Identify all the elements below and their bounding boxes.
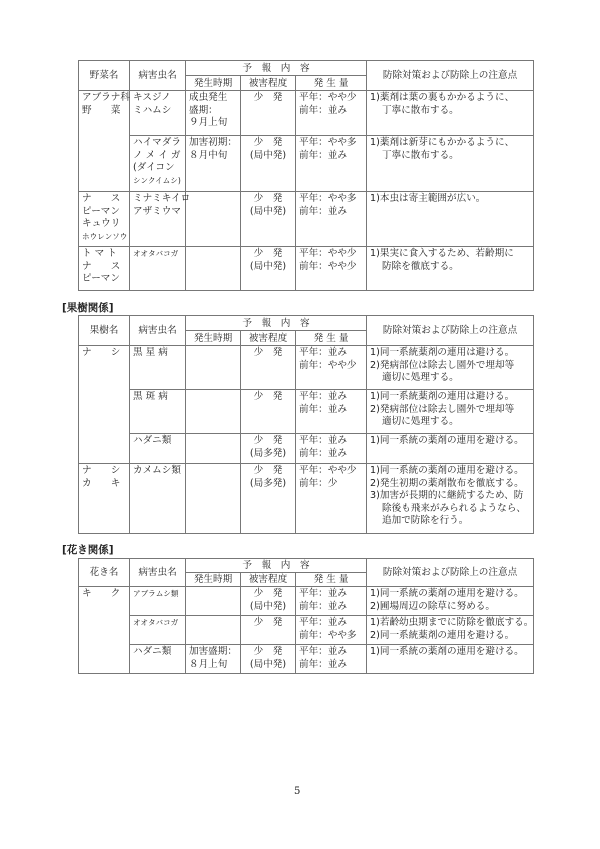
timing-cell [186,390,241,434]
cell-text-line: (局多発) [244,448,292,461]
cell-text-line: 平年：並み [299,435,363,448]
cell-text-line: 平年：並み [299,391,363,404]
cell-text-line: ８月中旬 [189,150,237,163]
cell-text-line: 追加で防除を行う。 [370,515,530,528]
cell-text-line: 少 発 [244,617,292,630]
cell-text-line: 2)発病部位は除去し園外で埋却等 [370,360,530,373]
cell-text-line: 野 菜 [82,105,126,118]
header-measures: 防除対策および防除上の注意点 [367,316,534,346]
amount-cell: 平年：並み前年：並み [296,645,367,674]
cell-text-line: 前年：並み [299,105,363,118]
header-timing: 発生時期 [186,573,241,587]
damage-cell: 少 発(局中発) [241,645,296,674]
cell-text-line: 少 発 [244,347,292,360]
crop-cell: ナ シカ キ [79,464,130,534]
cell-text-line: アブラムシ類 [133,588,182,601]
header-forecast: 予 報 内 容 [186,316,367,331]
cell-text-line: 平年：やや少 [299,248,363,261]
cell-text-line: 1)同一系統の薬剤の連用を避ける。 [370,465,530,478]
header-amount: 発 生 量 [296,573,367,587]
cell-text-line: ８月上旬 [189,659,237,672]
header-pest: 病害虫名 [130,316,186,346]
pest-cell: カメムシ類 [130,464,186,534]
cell-text-line: 平年：やや多 [299,193,363,206]
damage-cell: 少 発 [241,91,296,136]
table-row: 黒 斑 病 少 発 平年：並み前年：並み 1)同一系統薬剤の連用は避ける。2)発… [79,390,534,434]
cell-text-line: ハダニ類 [133,646,182,659]
cell-text-line: 平年：並み [299,646,363,659]
cell-text-line: 少 発 [244,588,292,601]
cell-text-line: ピーマン [82,206,126,219]
damage-cell: 少 発(局中発) [241,587,296,616]
cell-text-line: ナ シ [82,465,126,478]
pest-cell: 黒 斑 病 [130,390,186,434]
cell-text-line: ナ シ [82,347,126,360]
section-label-fruit: [果樹関係] [62,300,114,315]
damage-cell: 少 発(局多発) [241,464,296,534]
header-amount: 発 生 量 [296,331,367,346]
pest-cell: オオタバコガ [130,616,186,645]
crop-cell: キ ク [79,587,130,674]
table-row: ナ スピーマンキュウリホウレンソウ ミナミキイロアザミウマ 少 発(局中発) 平… [79,192,534,247]
vegetable-forecast-table: 野菜名 病害虫名 予 報 内 容 防除対策および防除上の注意点 発生時期 被害程… [78,60,534,291]
timing-cell [186,464,241,534]
cell-text-line: 前年：やや少 [299,360,363,373]
cell-text-line: (局多発) [244,478,292,491]
amount-cell: 平年：並み前年：並み [296,434,367,464]
pest-cell: キスジノミハムシ [130,91,186,136]
table-row: ト マ トナ スピーマン オオタバコガ 少 発(局中発) 平年：やや少前年：やや… [79,247,534,291]
timing-cell [186,346,241,390]
cell-text-line: ナ ス [82,193,126,206]
header-forecast: 予 報 内 容 [186,559,367,573]
cell-text-line: (局中発) [244,206,292,219]
cell-text-line: 3)加害が長期的に継続するため、防 [370,490,530,503]
cell-text-line: 前年：並み [299,448,363,461]
cell-text-line: 加害盛期： [189,646,237,659]
amount-cell: 平年：やや少前年：並み [296,91,367,136]
header-forecast: 予 報 内 容 [186,61,367,76]
header-timing: 発生時期 [186,76,241,91]
measures-cell: 1)同一系統の薬剤の連用を避ける。2)発生初期の薬剤散布を徹底する。3)加害が長… [367,464,534,534]
cell-text-line: 1)同一系統の薬剤の連用を避ける。 [370,435,530,448]
header-damage: 被害程度 [241,573,296,587]
cell-text-line: (ダイコン [133,162,182,175]
cell-text-line: 少 発 [244,435,292,448]
cell-text-line: 少 発 [244,137,292,150]
amount-cell: 平年：並み前年：並み [296,587,367,616]
cell-text-line: シンクイムシ) [133,175,182,188]
cell-text-line: (局中発) [244,601,292,614]
measures-cell: 1)果実に食入するため、若齢期に防除を徹底する。 [367,247,534,291]
flower-forecast-table: 花き名 病害虫名 予 報 内 容 防除対策および防除上の注意点 発生時期 被害程… [78,558,534,674]
cell-text-line: 前年：並み [299,601,363,614]
cell-text-line: 丁寧に散布する。 [370,105,530,118]
header-crop: 野菜名 [79,61,130,91]
cell-text-line: 少 発 [244,646,292,659]
header-amount: 発 生 量 [296,76,367,91]
cell-text-line: ピーマン [82,273,126,286]
cell-text-line: オオタバコガ [133,248,182,261]
header-measures: 防除対策および防除上の注意点 [367,559,534,587]
measures-cell: 1)同一系統の薬剤の連用を避ける。2)圃場周辺の除草に努める。 [367,587,534,616]
header-damage: 被害程度 [241,76,296,91]
cell-text-line: 少 発 [244,465,292,478]
cell-text-line: 平年：やや少 [299,465,363,478]
crop-cell: アブラナ科 野 菜 [79,91,130,192]
cell-text-line: 平年：並み [299,347,363,360]
pest-cell: ミナミキイロアザミウマ [130,192,186,247]
cell-text-line: (局中発) [244,659,292,672]
crop-cell: ト マ トナ スピーマン [79,247,130,291]
measures-cell: 1)同一系統の薬剤の連用を避ける。 [367,434,534,464]
cell-text-line: 盛期： [189,105,237,118]
cell-text-line: カメムシ類 [133,465,182,478]
cell-text-line: キ ク [82,588,126,601]
cell-text-line: 前年：やや少 [299,261,363,274]
cell-text-line: 2)圃場周辺の除草に努める。 [370,601,530,614]
cell-text-line: 少 発 [244,92,292,105]
cell-text-line: 2)同一系統薬剤の連用を避ける。 [370,630,530,643]
damage-cell: 少 発(局多発) [241,434,296,464]
cell-text-line: 1)本虫は寄主範囲が広い。 [370,193,530,206]
cell-text-line: 2)発生初期の薬剤散布を徹底する。 [370,478,530,491]
timing-cell: 加害盛期：８月上旬 [186,645,241,674]
cell-text-line: 前年：少 [299,478,363,491]
measures-cell: 1)若齢幼虫期までに防除を徹底する。2)同一系統薬剤の連用を避ける。 [367,616,534,645]
crop-cell: ナ スピーマンキュウリホウレンソウ [79,192,130,247]
header-damage: 被害程度 [241,331,296,346]
table-row: ハイマダラノ メ イ ガ(ダイコンシンクイムシ) 加害初期：８月中旬 少 発(局… [79,136,534,192]
table-row: ナ シカ キ カメムシ類 少 発(局多発) 平年：やや少前年：少 1)同一系統の… [79,464,534,534]
timing-cell [186,616,241,645]
amount-cell: 平年：やや多前年：並み [296,192,367,247]
cell-text-line: 前年：並み [299,404,363,417]
pest-cell: 黒 星 病 [130,346,186,390]
cell-text-line: アザミウマ [133,206,182,219]
cell-text-line: ハダニ類 [133,435,182,448]
cell-text-line: アブラナ科 [82,92,126,105]
cell-text-line: 黒 星 病 [133,347,182,360]
measures-cell: 1)薬剤は葉の裏もかかるように、丁寧に散布する。 [367,91,534,136]
header-crop: 果樹名 [79,316,130,346]
cell-text-line: 黒 斑 病 [133,391,182,404]
cell-text-line: 1)同一系統薬剤の連用は避ける。 [370,347,530,360]
measures-cell: 1)同一系統の薬剤の連用を避ける。 [367,645,534,674]
cell-text-line: 平年：並み [299,588,363,601]
measures-cell: 1)本虫は寄主範囲が広い。 [367,192,534,247]
table-row: オオタバコガ 少 発 平年：並み前年：やや多 1)若齢幼虫期までに防除を徹底する… [79,616,534,645]
cell-text-line: 前年：やや多 [299,630,363,643]
header-measures: 防除対策および防除上の注意点 [367,61,534,91]
cell-text-line: 防除を徹底する。 [370,261,530,274]
header-timing: 発生時期 [186,331,241,346]
pest-cell: ハダニ類 [130,645,186,674]
cell-text-line: ノ メ イ ガ [133,150,182,163]
cell-text-line: ミハムシ [133,105,182,118]
measures-cell: 1)同一系統薬剤の連用は避ける。2)発病部位は除去し園外で埋却等適切に処理する。 [367,390,534,434]
cell-text-line: 適切に処理する。 [370,416,530,429]
cell-text-line: 除後も飛来がみられるようなら、 [370,503,530,516]
measures-cell: 1)同一系統薬剤の連用は避ける。2)発病部位は除去し園外で埋却等適切に処理する。 [367,346,534,390]
cell-text-line: (局中発) [244,150,292,163]
damage-cell: 少 発 [241,346,296,390]
cell-text-line: 成虫発生 [189,92,237,105]
cell-text-line: ９月上旬 [189,117,237,130]
amount-cell: 平年：やや多前年：並み [296,136,367,192]
damage-cell: 少 発 [241,390,296,434]
timing-cell [186,247,241,291]
damage-cell: 少 発(局中発) [241,192,296,247]
header-pest: 病害虫名 [130,61,186,91]
crop-cell: ナ シ [79,346,130,464]
cell-text-line: 1)薬剤は新芽にもかかるように、 [370,137,530,150]
amount-cell: 平年：やや少前年：やや少 [296,247,367,291]
cell-text-line: 少 発 [244,248,292,261]
cell-text-line: 少 発 [244,391,292,404]
table-row: ハダニ類 少 発(局多発) 平年：並み前年：並み 1)同一系統の薬剤の連用を避け… [79,434,534,464]
cell-text-line: (局中発) [244,261,292,274]
amount-cell: 平年：やや少前年：少 [296,464,367,534]
cell-text-line: 1)若齢幼虫期までに防除を徹底する。 [370,617,530,630]
timing-cell [186,587,241,616]
cell-text-line: 適切に処理する。 [370,372,530,385]
cell-text-line: 平年：やや多 [299,137,363,150]
cell-text-line: 少 発 [244,193,292,206]
amount-cell: 平年：並み前年：やや少 [296,346,367,390]
amount-cell: 平年：並み前年：並み [296,390,367,434]
table-row: ハダニ類 加害盛期：８月上旬 少 発(局中発) 平年：並み前年：並み 1)同一系… [79,645,534,674]
amount-cell: 平年：並み前年：やや多 [296,616,367,645]
damage-cell: 少 発(局中発) [241,247,296,291]
cell-text-line: 丁寧に散布する。 [370,150,530,163]
cell-text-line: 1)薬剤は葉の裏もかかるように、 [370,92,530,105]
table-row: キ ク アブラムシ類 少 発(局中発) 平年：並み前年：並み 1)同一系統の薬剤… [79,587,534,616]
cell-text-line: 1)同一系統の薬剤の連用を避ける。 [370,588,530,601]
cell-text-line: 1)同一系統の薬剤の連用を避ける。 [370,646,530,659]
damage-cell: 少 発 [241,616,296,645]
cell-text-line: 1)果実に食入するため、若齢期に [370,248,530,261]
cell-text-line: ミナミキイロ [133,193,182,206]
cell-text-line: 前年：並み [299,150,363,163]
pest-cell: ハイマダラノ メ イ ガ(ダイコンシンクイムシ) [130,136,186,192]
header-pest: 病害虫名 [130,559,186,587]
table-row: アブラナ科 野 菜 キスジノミハムシ 成虫発生盛期：９月上旬 少 発 平年：やや… [79,91,534,136]
cell-text-line: ホウレンソウ [82,231,126,244]
fruit-forecast-table: 果樹名 病害虫名 予 報 内 容 防除対策および防除上の注意点 発生時期 被害程… [78,315,534,534]
cell-text-line: キスジノ [133,92,182,105]
cell-text-line: オオタバコガ [133,617,182,630]
damage-cell: 少 発(局中発) [241,136,296,192]
cell-text-line: カ キ [82,478,126,491]
cell-text-line: キュウリ [82,218,126,231]
cell-text-line: ハイマダラ [133,137,182,150]
cell-text-line: 前年：並み [299,659,363,672]
timing-cell [186,192,241,247]
pest-cell: ハダニ類 [130,434,186,464]
timing-cell: 加害初期：８月中旬 [186,136,241,192]
timing-cell: 成虫発生盛期：９月上旬 [186,91,241,136]
section-label-flower: [花き関係] [62,542,114,557]
cell-text-line: ナ ス [82,261,126,274]
cell-text-line: 加害初期： [189,137,237,150]
cell-text-line: ト マ ト [82,248,126,261]
cell-text-line: 前年：並み [299,206,363,219]
cell-text-line: 2)発病部位は除去し園外で埋却等 [370,404,530,417]
table-row: ナ シ 黒 星 病 少 発 平年：並み前年：やや少 1)同一系統薬剤の連用は避け… [79,346,534,390]
pest-cell: アブラムシ類 [130,587,186,616]
cell-text-line: 平年：やや少 [299,92,363,105]
timing-cell [186,434,241,464]
pest-cell: オオタバコガ [130,247,186,291]
header-crop: 花き名 [79,559,130,587]
page-number: 5 [294,786,300,797]
cell-text-line: 1)同一系統薬剤の連用は避ける。 [370,391,530,404]
measures-cell: 1)薬剤は新芽にもかかるように、丁寧に散布する。 [367,136,534,192]
cell-text-line: 平年：並み [299,617,363,630]
